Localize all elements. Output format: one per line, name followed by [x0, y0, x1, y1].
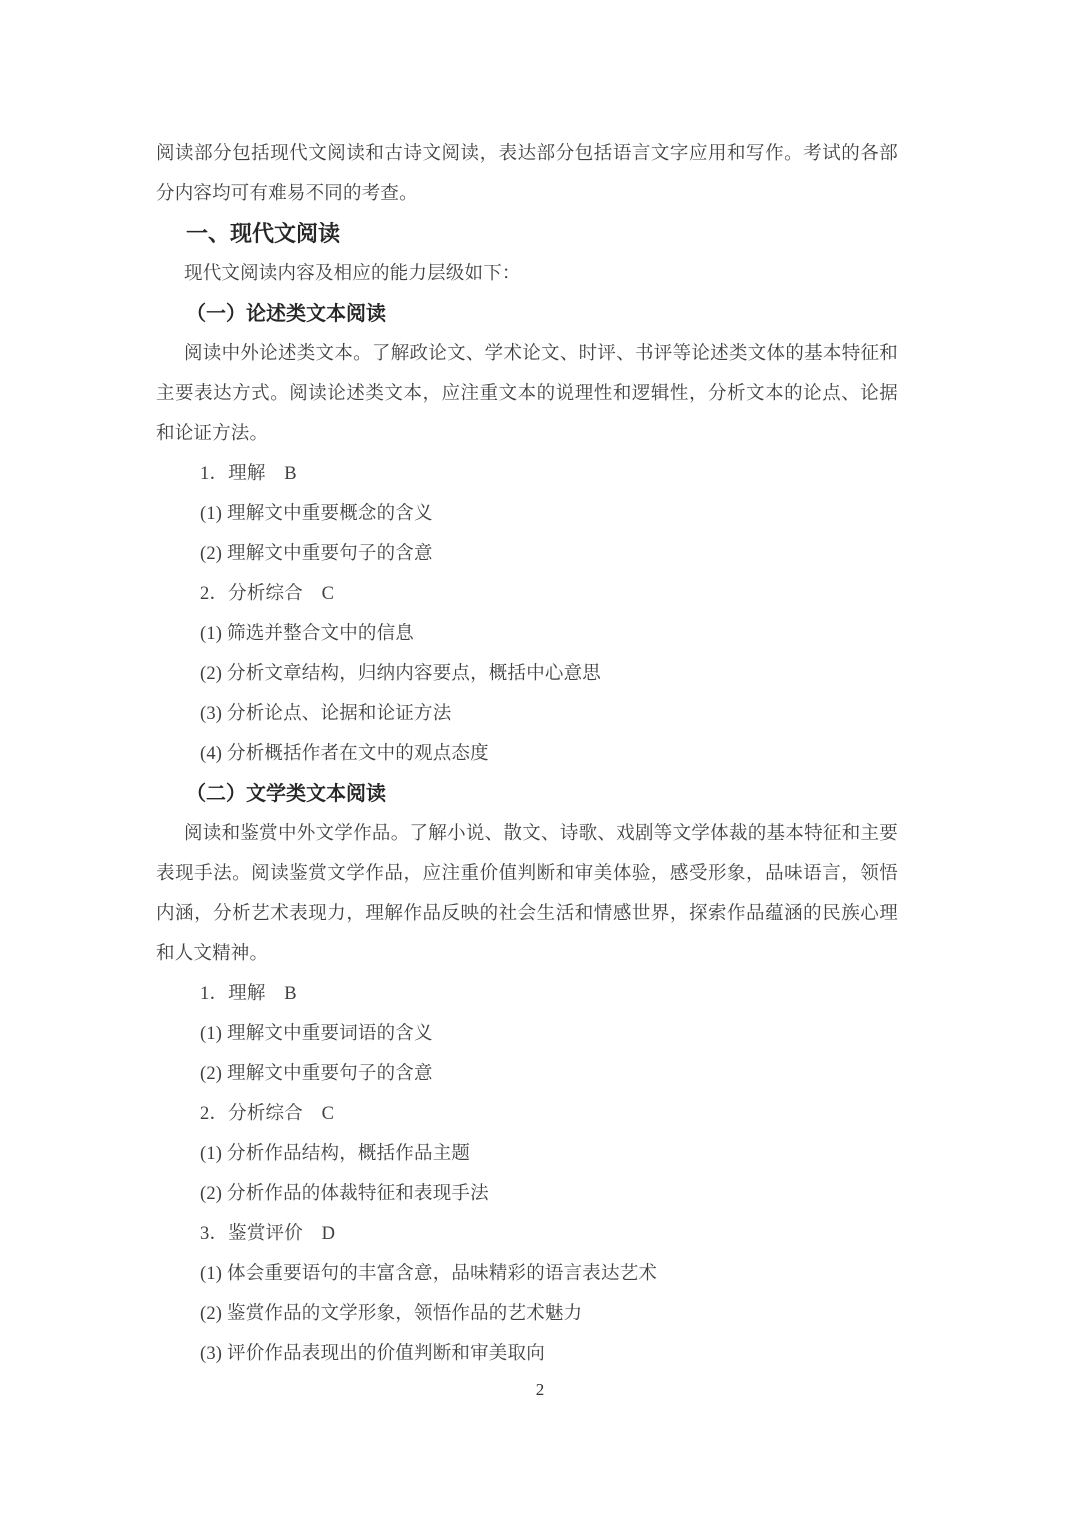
- list-item: (1) 理解文中重要词语的含义: [156, 1014, 898, 1054]
- section-2-heading: （二）文学类文本阅读: [156, 774, 898, 814]
- document-page: 阅读部分包括现代文阅读和古诗文阅读，表达部分包括语言文字应用和写作。考试的各部分…: [0, 0, 1080, 1527]
- list-item: 3．鉴赏评价 D: [156, 1214, 898, 1254]
- section-1-paragraph: 阅读中外论述类文本。了解政论文、学术论文、时评、书评等论述类文体的基本特征和主要…: [156, 334, 898, 454]
- list-item: (2) 理解文中重要句子的含意: [156, 534, 898, 574]
- list-item: (2) 分析文章结构，归纳内容要点，概括中心意思: [156, 654, 898, 694]
- list-item: (3) 分析论点、论据和论证方法: [156, 694, 898, 734]
- chapter-heading: 一、现代文阅读: [156, 214, 898, 254]
- page-number: 2: [0, 1378, 1080, 1402]
- list-item: (1) 筛选并整合文中的信息: [156, 614, 898, 654]
- list-item: 1．理解 B: [156, 454, 898, 494]
- list-item: (1) 分析作品结构，概括作品主题: [156, 1134, 898, 1174]
- list-item: 1．理解 B: [156, 974, 898, 1014]
- list-item: 2．分析综合 C: [156, 1094, 898, 1134]
- list-item: (3) 评价作品表现出的价值判断和审美取向: [156, 1334, 898, 1374]
- list-item: (4) 分析概括作者在文中的观点态度: [156, 734, 898, 774]
- list-item: (2) 理解文中重要句子的含意: [156, 1054, 898, 1094]
- list-item: 2．分析综合 C: [156, 574, 898, 614]
- section-1-heading: （一）论述类文本阅读: [156, 294, 898, 334]
- chapter-lead: 现代文阅读内容及相应的能力层级如下：: [156, 254, 898, 294]
- page-content: 阅读部分包括现代文阅读和古诗文阅读，表达部分包括语言文字应用和写作。考试的各部分…: [156, 134, 898, 1374]
- intro-paragraph: 阅读部分包括现代文阅读和古诗文阅读，表达部分包括语言文字应用和写作。考试的各部分…: [156, 134, 898, 214]
- list-item: (1) 体会重要语句的丰富含意，品味精彩的语言表达艺术: [156, 1254, 898, 1294]
- section-2-paragraph: 阅读和鉴赏中外文学作品。了解小说、散文、诗歌、戏剧等文学体裁的基本特征和主要表现…: [156, 814, 898, 974]
- list-item: (1) 理解文中重要概念的含义: [156, 494, 898, 534]
- list-item: (2) 分析作品的体裁特征和表现手法: [156, 1174, 898, 1214]
- list-item: (2) 鉴赏作品的文学形象，领悟作品的艺术魅力: [156, 1294, 898, 1334]
